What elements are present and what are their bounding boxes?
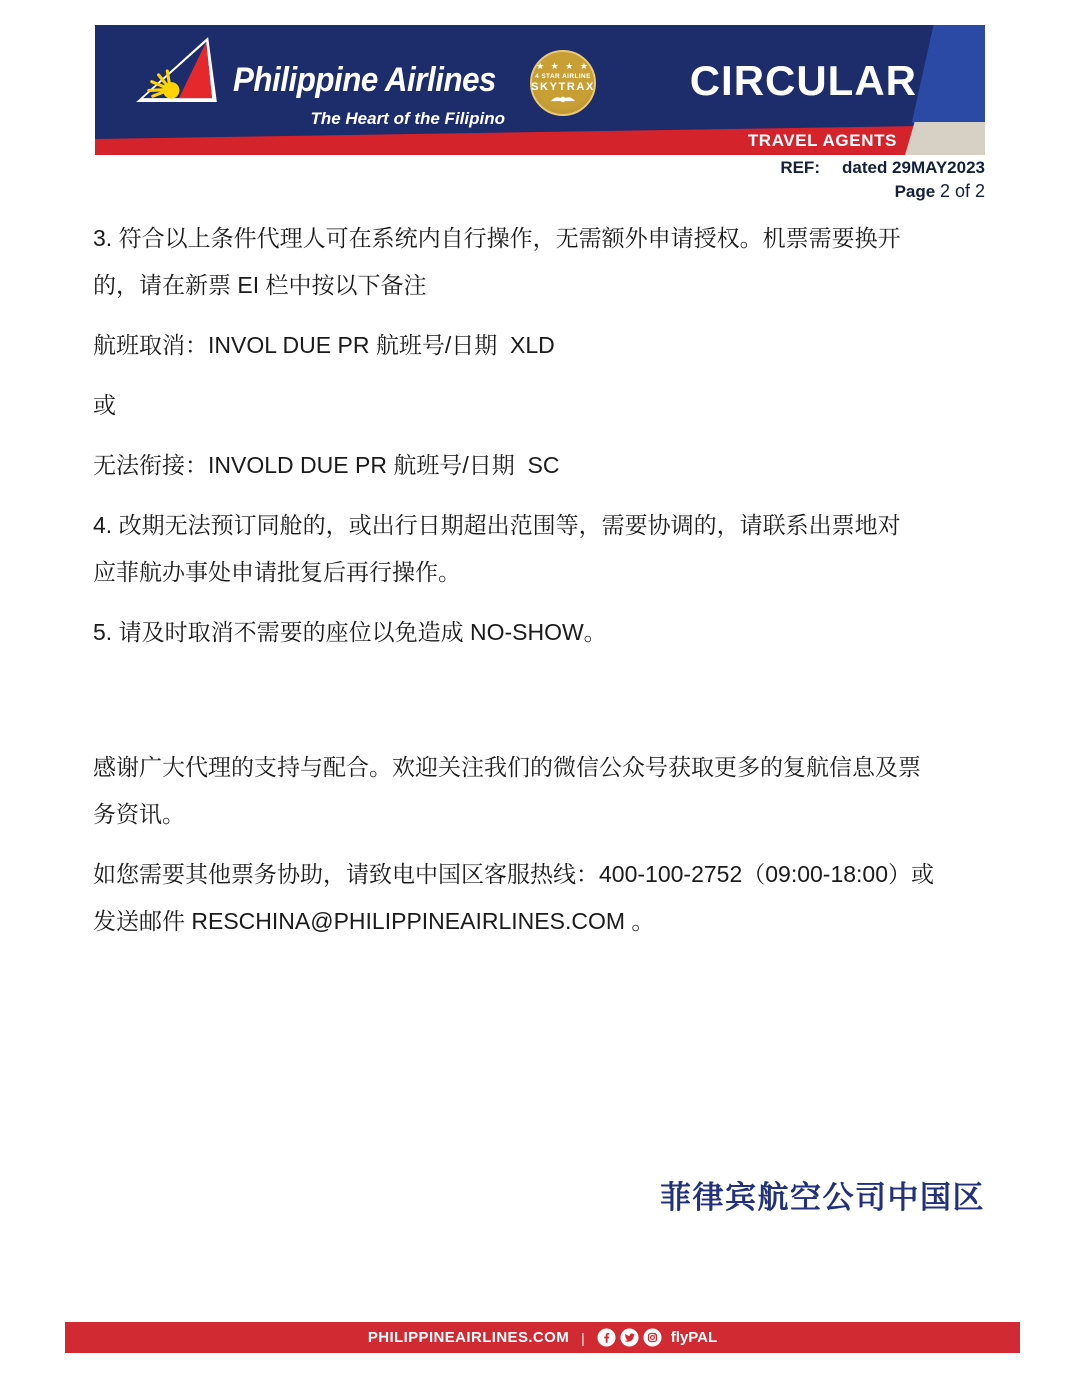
- ref-date: dated 29MAY2023: [842, 158, 985, 177]
- contact-info: 如您需要其他票务协助，请致电中国区客服热线：400-100-2752（09:00…: [93, 851, 985, 945]
- twitter-icon[interactable]: [620, 1328, 639, 1347]
- ref-label: REF:: [780, 158, 820, 177]
- footer-divider: |: [581, 1330, 585, 1346]
- brand-name: Philippine Airlines: [233, 61, 496, 100]
- instagram-icon[interactable]: [643, 1328, 662, 1347]
- body-line: 的，请在新票 EI 栏中按以下备注: [93, 262, 985, 309]
- blue-accent-stripe: [907, 25, 985, 123]
- skytrax-badge: ★ ★ ★ ★ 4 STAR AIRLINE SKYTRAX: [530, 50, 596, 116]
- closing-thanks: 感谢广大代理的支持与配合。欢迎关注我们的微信公众号获取更多的复航信息及票 务资讯…: [93, 744, 985, 838]
- body-line: 4. 改期无法预订同舱的，或出行日期超出范围等，需要协调的，请联系出票地对: [93, 502, 985, 549]
- remark-misconnection: 无法衔接：INVOLD DUE PR 航班号/日期 SC: [93, 442, 985, 489]
- website-link[interactable]: PHILIPPINEAIRLINES.COM: [368, 1329, 569, 1346]
- or-separator: 或: [93, 382, 985, 429]
- body-line: 3. 符合以上条件代理人可在系统内自行操作，无需额外申请授权。机票需要换开: [93, 215, 985, 262]
- body-line: 如您需要其他票务协助，请致电中国区客服热线：400-100-2752（09:00…: [93, 851, 985, 898]
- body-line: 无法衔接：INVOLD DUE PR 航班号/日期 SC: [93, 442, 985, 489]
- document-page: Philippine Airlines The Heart of the Fil…: [0, 0, 1080, 1397]
- paragraph-item-3: 3. 符合以上条件代理人可在系统内自行操作，无需额外申请授权。机票需要换开 的，…: [93, 215, 985, 309]
- footer-bar: PHILIPPINEAIRLINES.COM | flyPAL: [65, 1322, 1020, 1353]
- paragraph-item-5: 5. 请及时取消不需要的座位以免造成 NO-SHOW。: [93, 609, 985, 656]
- body-line: 或: [93, 382, 985, 429]
- body-line: 5. 请及时取消不需要的座位以免造成 NO-SHOW。: [93, 609, 985, 656]
- brand-tagline: The Heart of the Filipino: [233, 109, 505, 129]
- facebook-icon[interactable]: [597, 1328, 616, 1347]
- reference-line: REF:dated 29MAY2023: [780, 158, 985, 178]
- body-line: 发送邮件 RESCHINA@PHILIPPINEAIRLINES.COM 。: [93, 898, 985, 945]
- body-line: 航班取消：INVOL DUE PR 航班号/日期 XLD: [93, 322, 985, 369]
- wings-icon: [550, 94, 576, 103]
- body-line: 感谢广大代理的支持与配合。欢迎关注我们的微信公众号获取更多的复航信息及票: [93, 744, 985, 791]
- badge-rating-label: 4 STAR AIRLINE: [535, 73, 591, 80]
- document-type-title: CIRCULAR: [690, 57, 917, 105]
- audience-label: TRAVEL AGENTS: [748, 131, 897, 151]
- body-content: 3. 符合以上条件代理人可在系统内自行操作，无需额外申请授权。机票需要换开 的，…: [93, 215, 985, 945]
- stars-icon: ★ ★ ★ ★: [536, 61, 590, 71]
- remark-flight-cancelled: 航班取消：INVOL DUE PR 航班号/日期 XLD: [93, 322, 985, 369]
- header-banner: Philippine Airlines The Heart of the Fil…: [95, 25, 985, 155]
- page-number: Page 2 of 2: [780, 181, 985, 202]
- beige-corner: [905, 122, 985, 155]
- issuer-signature: 菲律宾航空公司中国区: [660, 1172, 985, 1217]
- social-links: [597, 1328, 662, 1347]
- flypal-label: flyPAL: [671, 1329, 717, 1346]
- body-line: 务资讯。: [93, 791, 985, 838]
- body-line: 应菲航办事处申请批复后再行操作。: [93, 549, 985, 596]
- pal-sunburst-logo-icon: [125, 36, 231, 104]
- badge-skytrax-label: SKYTRAX: [531, 81, 595, 93]
- paragraph-item-4: 4. 改期无法预订同舱的，或出行日期超出范围等，需要协调的，请联系出票地对 应菲…: [93, 502, 985, 596]
- reference-block: REF:dated 29MAY2023 Page 2 of 2: [780, 158, 985, 202]
